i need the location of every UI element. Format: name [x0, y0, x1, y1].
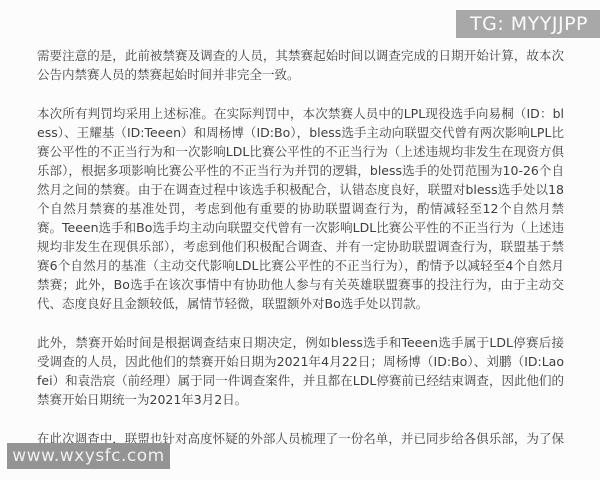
paragraph-ban-start-dates: 此外，禁赛开始时间是根据调查结束日期决定，例如bless选手和Teeen选手属于… [37, 333, 564, 409]
article-body: 需要注意的是，此前被禁赛及调查的人员，其禁赛起始时间以调查完成的日期开始计算，故… [37, 46, 564, 447]
document-page: TG: MYYJJPP 需要注意的是，此前被禁赛及调查的人员，其禁赛起始时间以调… [0, 0, 600, 480]
site-watermark: www.wxysfc.com [7, 443, 170, 469]
paragraph-ban-start-note: 需要注意的是，此前被禁赛及调查的人员，其禁赛起始时间以调查完成的日期开始计算，故… [37, 46, 564, 84]
paragraph-penalty-details: 本次所有判罚均采用上述标准。在实际判罚中，本次禁赛人员中的LPL现役选手向易桐（… [37, 104, 564, 313]
telegram-watermark-badge: TG: MYYJJPP [456, 10, 600, 38]
